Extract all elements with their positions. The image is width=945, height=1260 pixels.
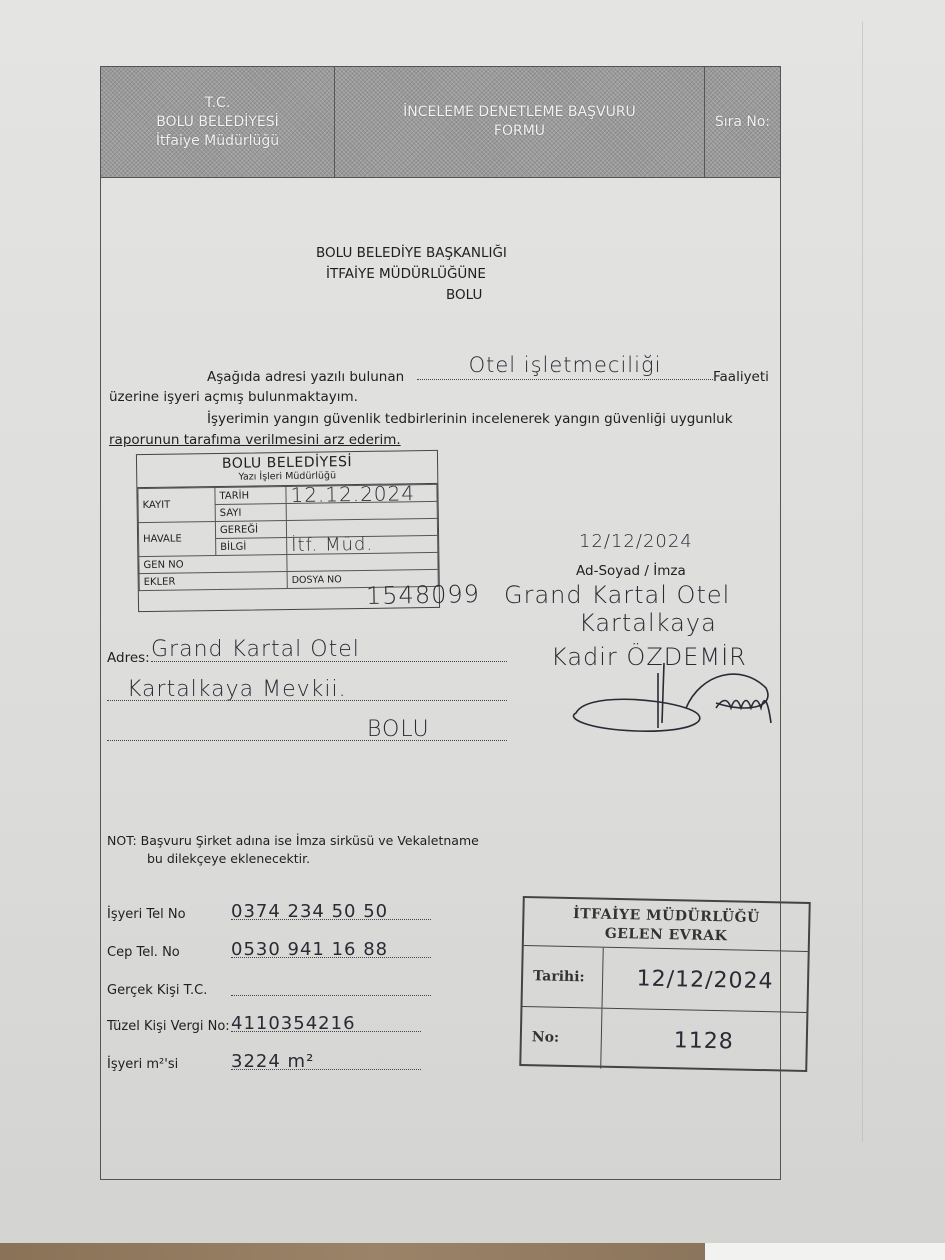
activity-field[interactable]: Otel işletmeciliği <box>417 353 713 380</box>
incoming-date-label: Tarihi: <box>523 946 604 1008</box>
incoming-no-label: No: <box>521 1007 602 1069</box>
address-line1[interactable]: Grand Kartal Otel <box>151 637 507 662</box>
incoming-stamp-no-row: No: 1128 <box>521 1007 806 1073</box>
address-line3[interactable]: BOLU <box>107 717 507 741</box>
geregi-label: GEREĞİ <box>215 521 286 539</box>
application-form: T.C. BOLU BELEDİYESİ İtfaiye Müdürlüğü İ… <box>100 66 781 1180</box>
address-line2[interactable]: Kartalkaya Mevkii. <box>107 677 507 701</box>
paragraph2-line1: İşyerimin yangın güvenlik tedbirlerinin … <box>207 411 733 427</box>
desk-surface <box>0 1243 945 1260</box>
tarih-label: TARİH <box>215 487 286 505</box>
info-row: Tüzel Kişi Vergi No:4110354216 <box>107 1019 230 1034</box>
signature-label: Ad-Soyad / İmza <box>576 563 686 579</box>
sequence-no-label: Sıra No: <box>715 113 770 132</box>
form-header: T.C. BOLU BELEDİYESİ İtfaiye Müdürlüğü İ… <box>101 67 780 178</box>
header-sequence-no: Sıra No: <box>705 67 780 177</box>
info-row: Gerçek Kişi T.C. <box>107 983 207 998</box>
addressee-line3: BOLU <box>446 287 482 303</box>
signature-date[interactable]: 12/12/2024 <box>579 531 693 552</box>
tarih-value[interactable]: 12.12.2024 <box>286 484 437 503</box>
paragraph1-prefix: Aşağıda adresi yazılı bulunan <box>207 369 404 385</box>
info-label: İşyeri Tel No <box>107 907 186 922</box>
incoming-no-value[interactable]: 1128 <box>601 1009 806 1073</box>
info-label: Cep Tel. No <box>107 945 180 960</box>
incoming-stamp-date-row: Tarihi: 12/12/2024 <box>522 946 807 1013</box>
gen-no-label: GEN NO <box>139 555 287 574</box>
incoming-stamp-title: İTFAİYE MÜDÜRLÜĞÜ GELEN EVRAK <box>524 898 809 952</box>
address-label: Adres: <box>107 650 150 666</box>
sayi-label: SAYI <box>215 504 286 522</box>
note-line1: NOT: Başvuru Şirket adına ise İmza sirkü… <box>107 833 479 848</box>
info-value[interactable]: 0374 234 50 50 <box>231 901 388 922</box>
header-department: İtfaiye Müdürlüğü <box>156 132 279 151</box>
info-value[interactable]: 0530 941 16 88 <box>231 939 388 960</box>
info-label: Gerçek Kişi T.C. <box>107 983 207 998</box>
kayit-label: KAYIT <box>138 488 215 523</box>
other-paper <box>705 1243 945 1260</box>
incoming-date-value[interactable]: 12/12/2024 <box>602 948 807 1012</box>
header-institution: T.C. BOLU BELEDİYESİ İtfaiye Müdürlüğü <box>101 67 335 177</box>
dosya-no-label: DOSYA NO <box>292 574 342 586</box>
note-line2: bu dilekçeye eklenecektir. <box>147 851 310 866</box>
info-row: İşyeri Tel No0374 234 50 50 <box>107 907 186 922</box>
addressee-line2: İTFAİYE MÜDÜRLÜĞÜNE <box>326 266 486 282</box>
incoming-document-stamp: İTFAİYE MÜDÜRLÜĞÜ GELEN EVRAK Tarihi: 12… <box>519 896 810 1072</box>
form-title-line1: İNCELEME DENETLEME BAŞVURU <box>403 103 636 122</box>
ekler-label: EKLER <box>139 572 287 591</box>
bilgi-label: BİLGİ <box>216 538 287 556</box>
info-value[interactable]: 3224 m² <box>231 1051 314 1072</box>
header-municipality: BOLU BELEDİYESİ <box>156 113 279 132</box>
info-row: İşyeri m²'si3224 m² <box>107 1057 178 1072</box>
info-row: Cep Tel. No0530 941 16 88 <box>107 945 180 960</box>
paragraph1-line2: üzerine işyeri açmış bulunmaktayım. <box>109 389 358 405</box>
dosya-no-value[interactable]: 1548099 <box>366 580 480 610</box>
background-page-edge <box>862 22 863 1142</box>
paragraph1-suffix: Faaliyeti <box>713 369 769 385</box>
info-value[interactable]: 4110354216 <box>231 1013 356 1034</box>
info-label: Tüzel Kişi Vergi No: <box>107 1019 230 1034</box>
info-dotted-line <box>231 995 431 996</box>
info-label: İşyeri m²'si <box>107 1057 178 1072</box>
header-tc: T.C. <box>205 94 231 113</box>
addressee-line1: BOLU BELEDİYE BAŞKANLIĞI <box>316 245 507 261</box>
signature-location: Kartalkaya <box>579 609 717 637</box>
bilgi-value[interactable]: İtf. Müd. <box>287 535 438 554</box>
header-form-title: İNCELEME DENETLEME BAŞVURU FORMU <box>335 67 705 177</box>
havale-label: HAVALE <box>138 522 215 557</box>
registry-table: KAYIT TARİH 12.12.2024 SAYI HAVALE GEREĞ… <box>137 484 438 591</box>
paragraph2-line2: raporunun tarafıma verilmesini arz ederi… <box>109 432 401 448</box>
form-title-line2: FORMU <box>494 122 545 141</box>
signature-company: Grand Kartal Otel <box>504 581 730 609</box>
signature-scribble-icon <box>566 653 796 743</box>
